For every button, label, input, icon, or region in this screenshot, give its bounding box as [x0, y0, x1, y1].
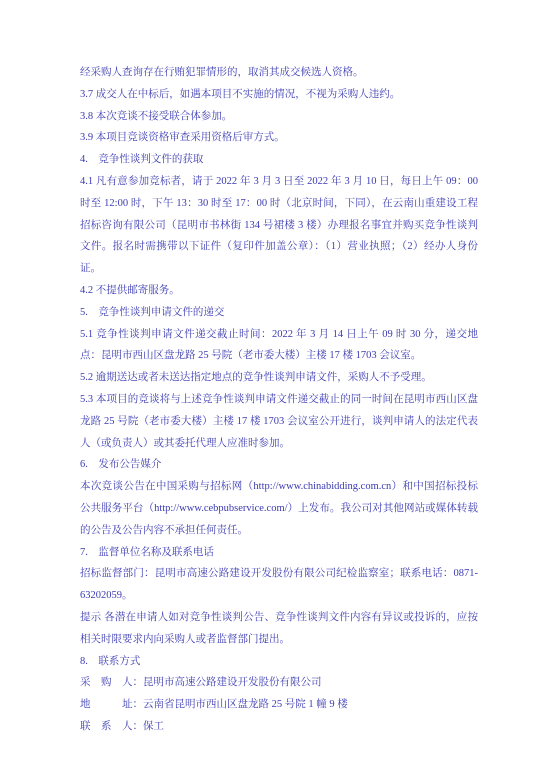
paragraph: 4.1 凡有意参加竞标者，请于 2022 年 3 月 3 日至 2022 年 3… [80, 171, 478, 280]
paragraph: 经采购人查询存在行贿犯罪情形的，取消其成交候选人资格。 [80, 62, 478, 84]
section-heading: 5. 竞争性谈判申请文件的递交 [80, 302, 478, 324]
paragraph: 5.1 竞争性谈判申请文件递交截止时间：2022 年 3 月 14 日上午 09… [80, 324, 478, 368]
paragraph: 3.9 本项目竞谈资格审查采用资格后审方式。 [80, 127, 478, 149]
section-heading: 7. 监督单位名称及联系电话 [80, 542, 478, 564]
paragraph: 5.3 本项目的竞谈将与上述竞争性谈判申请文件递交截止的同一时间在昆明市西山区盘… [80, 389, 478, 454]
contact-line: 联 系 人：保工 [80, 716, 478, 738]
document-page: 经采购人查询存在行贿犯罪情形的，取消其成交候选人资格。3.7 成交人在中标后，如… [0, 0, 554, 783]
paragraph: 3.7 成交人在中标后，如遇本项目不实施的情况，不视为采购人违约。 [80, 84, 478, 106]
paragraph: 招标监督部门：昆明市高速公路建设开发股份有限公司纪检监察室；联系电话：0871-… [80, 563, 478, 607]
contact-line: 采 购 人：昆明市高速公路建设开发股份有限公司 [80, 672, 478, 694]
paragraph: 本次竞谈公告在中国采购与招标网（http://www.chinabidding.… [80, 476, 478, 541]
paragraph: 3.8 本次竞谈不接受联合体参加。 [80, 106, 478, 128]
paragraph: 提示 各潜在申请人如对竞争性谈判公告、竞争性谈判文件内容有异议或投诉的，应按相关… [80, 607, 478, 651]
contact-line: 地 址：云南省昆明市西山区盘龙路 25 号院 1 幢 9 楼 [80, 694, 478, 716]
document-body: 经采购人查询存在行贿犯罪情形的，取消其成交候选人资格。3.7 成交人在中标后，如… [80, 62, 478, 738]
section-heading: 4. 竞争性谈判文件的获取 [80, 149, 478, 171]
section-heading: 8. 联系方式 [80, 651, 478, 673]
paragraph: 5.2 逾期送达或者未送达指定地点的竞争性谈判申请文件，采购人不予受理。 [80, 367, 478, 389]
section-heading: 6. 发布公告媒介 [80, 454, 478, 476]
paragraph: 4.2 不提供邮寄服务。 [80, 280, 478, 302]
